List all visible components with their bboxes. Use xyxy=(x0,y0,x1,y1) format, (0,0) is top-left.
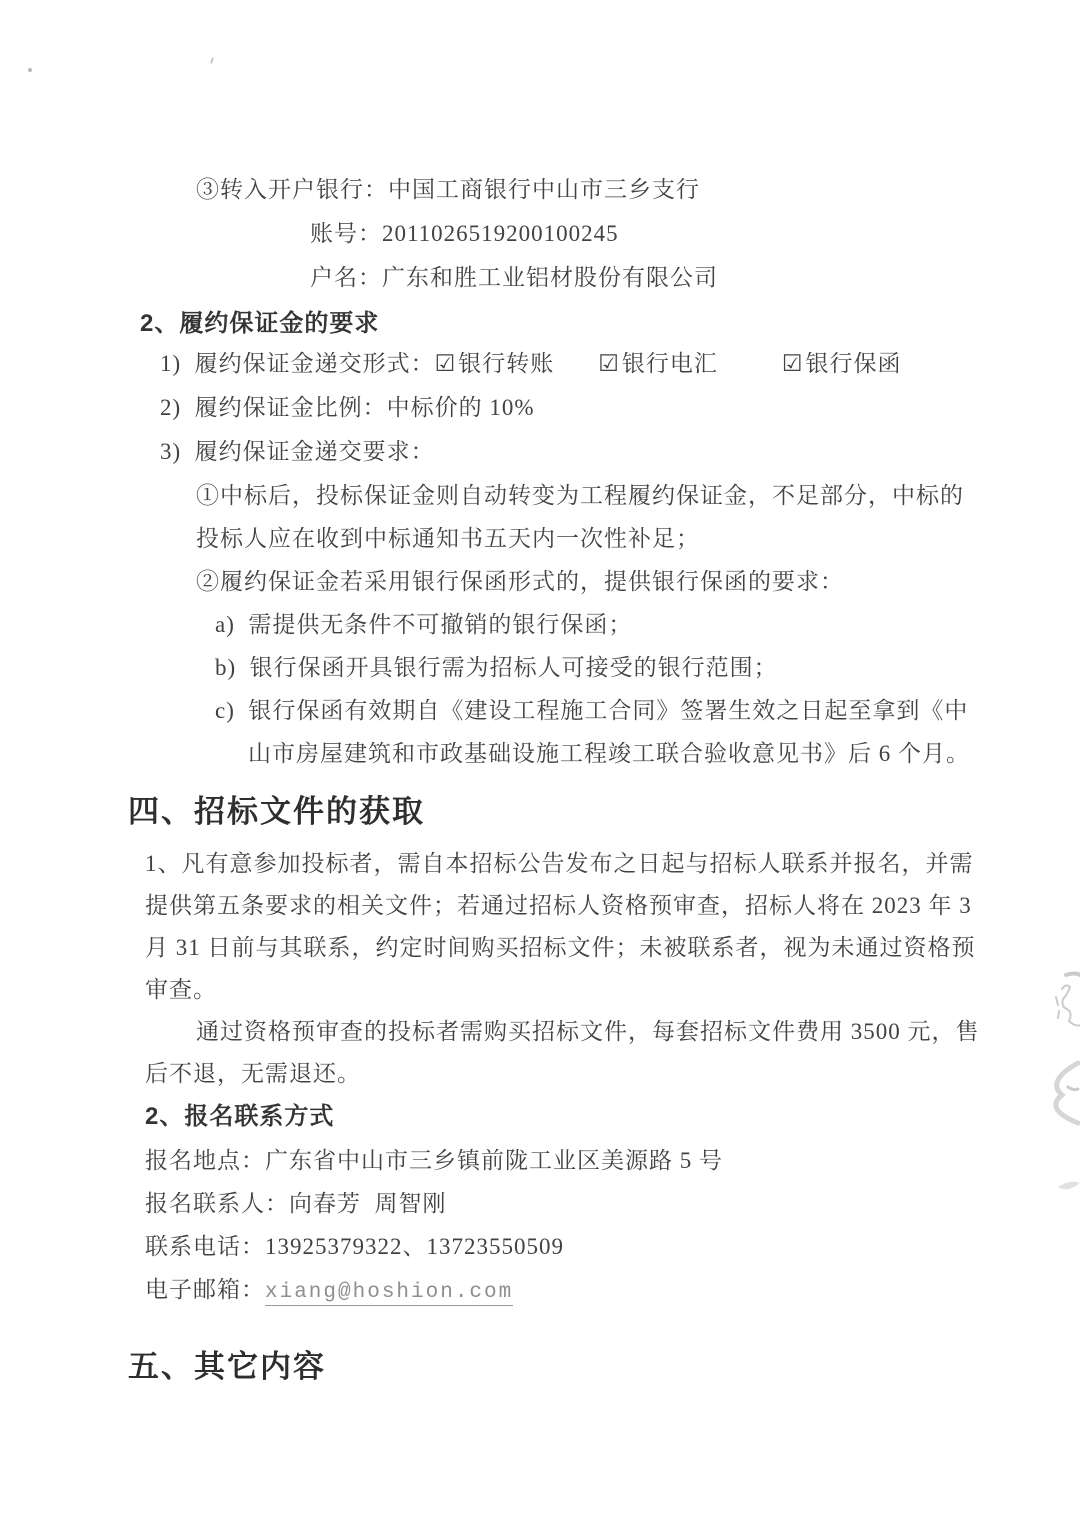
email-link[interactable]: xiang@hoshion.com xyxy=(265,1281,513,1306)
bond-item-1-label: 1) 履约保证金递交形式： xyxy=(160,351,435,376)
bond-clause-1-line-2: 投标人应在收到中标通知书五天内一次性补足； xyxy=(196,517,1080,560)
contact-heading: 2、报名联系方式 xyxy=(145,1095,1080,1139)
option-bank-transfer: ☑银行转账 xyxy=(435,342,555,386)
section-4-para-2-line-2: 后不退，无需退还。 xyxy=(145,1053,1080,1095)
option-bank-guarantee-label: 银行保函 xyxy=(806,351,902,376)
section-4-para-1-line-3: 月 31 日前与其联系，约定时间购买招标文件；未被联系者，视为未通过资格预 xyxy=(145,927,1080,969)
checked-checkbox-icon: ☑ xyxy=(782,342,804,386)
bond-clause-1-line-1: ①中标后，投标保证金则自动转变为工程履约保证金，不足部分，中标的 xyxy=(196,474,1080,517)
document-content: ③转入开户银行：中国工商银行中山市三乡支行 账号：201102651920010… xyxy=(0,0,1080,1390)
account-number-line: 账号：2011026519200100245 xyxy=(310,212,1080,256)
section-4-para-1-line-4: 审查。 xyxy=(145,969,1080,1011)
contact-person-line: 报名联系人：向春芳 周智刚 xyxy=(145,1182,1080,1225)
contact-email-line: 电子邮箱：xiang@hoshion.com xyxy=(145,1268,1080,1314)
bond-sub-item-c-line-1: c) 银行保函有效期自《建设工程施工合同》签署生效之日起至拿到《中 xyxy=(215,689,1080,732)
bond-sub-item-b: b) 银行保函开具银行需为招标人可接受的银行范围； xyxy=(215,646,1080,689)
section-4-para-1-line-1: 1、凡有意参加投标者，需自本招标公告发布之日起与招标人联系并报名，并需 xyxy=(145,843,1080,885)
performance-bond-heading: 2、履约保证金的要求 xyxy=(140,306,1080,342)
option-bank-guarantee: ☑银行保函 xyxy=(782,342,902,386)
option-bank-transfer-label: 银行转账 xyxy=(458,351,554,376)
section-5-heading: 五、其它内容 xyxy=(128,1344,1080,1390)
section-4-para-1-line-2: 提供第五条要求的相关文件；若通过招标人资格预审查，招标人将在 2023 年 3 xyxy=(145,885,1080,927)
bond-sub-item-c-line-2: 山市房屋建筑和市政基础设施工程竣工联合验收意见书》后 6 个月。 xyxy=(248,732,1080,775)
section-4-heading: 四、招标文件的获取 xyxy=(128,789,1080,835)
contact-address-line: 报名地点：广东省中山市三乡镇前陇工业区美源路 5 号 xyxy=(145,1139,1080,1182)
bond-item-1: 1) 履约保证金递交形式：☑银行转账☑银行电汇☑银行保函 xyxy=(160,342,1080,386)
bond-sub-item-a: a) 需提供无条件不可撤销的银行保函； xyxy=(215,603,1080,646)
option-bank-wire: ☑银行电汇 xyxy=(598,342,718,386)
option-bank-wire-label: 银行电汇 xyxy=(622,351,718,376)
account-holder-line: 户名：广东和胜工业铝材股份有限公司 xyxy=(310,256,1080,300)
bond-item-2: 2) 履约保证金比例：中标价的 10% xyxy=(160,386,1080,430)
email-label: 电子邮箱： xyxy=(145,1277,265,1302)
bank-line: ③转入开户银行：中国工商银行中山市三乡支行 xyxy=(196,168,1080,212)
scanned-document-page: ③转入开户银行：中国工商银行中山市三乡支行 账号：201102651920010… xyxy=(0,0,1080,1527)
section-4-para-2-line-1: 通过资格预审查的投标者需购买招标文件，每套招标文件费用 3500 元，售 xyxy=(196,1011,1080,1053)
checked-checkbox-icon: ☑ xyxy=(435,342,457,386)
checked-checkbox-icon: ☑ xyxy=(598,342,620,386)
bond-clause-2: ②履约保证金若采用银行保函形式的，提供银行保函的要求： xyxy=(196,560,1080,603)
bond-item-3: 3) 履约保证金递交要求： xyxy=(160,430,1080,474)
contact-phone-line: 联系电话：13925379322、13723550509 xyxy=(145,1225,1080,1268)
